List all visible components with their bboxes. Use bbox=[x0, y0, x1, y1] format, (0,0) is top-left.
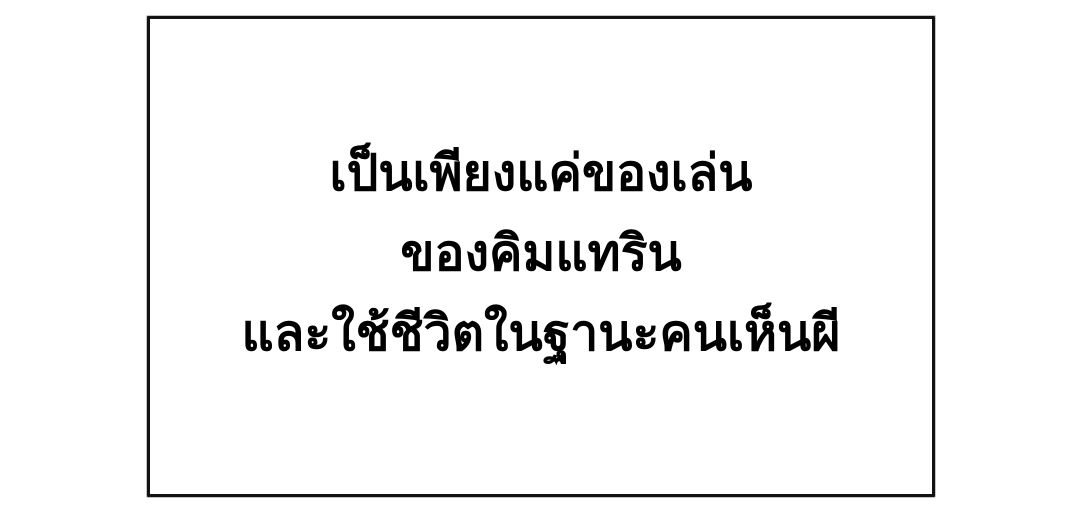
caption-text: เป็นเพียงแค่ของเล่น ของคิมแทริน และใช้ชี… bbox=[242, 133, 841, 373]
page-background: เป็นเพียงแค่ของเล่น ของคิมแทริน และใช้ชี… bbox=[0, 0, 1080, 513]
caption-panel: เป็นเพียงแค่ของเล่น ของคิมแทริน และใช้ชี… bbox=[147, 16, 935, 497]
caption-line-2: ของคิมแทริน bbox=[242, 213, 841, 293]
caption-line-3: และใช้ชีวิตในฐานะคนเห็นผี bbox=[242, 293, 841, 373]
caption-line-1: เป็นเพียงแค่ของเล่น bbox=[242, 133, 841, 213]
